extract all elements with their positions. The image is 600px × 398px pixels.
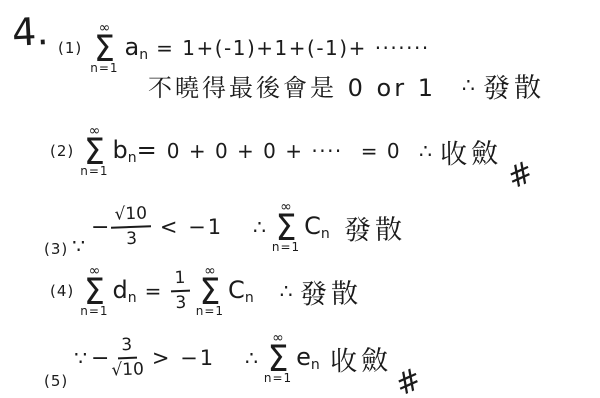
- conclusion-diverges: 發散: [482, 65, 545, 105]
- handwritten-note-page: 4. (1) ∞ Σ n=1 an = 1+(-1)+1+(-1)+ ·····…: [0, 0, 600, 398]
- summation-symbol: ∞ Σ n=1: [272, 202, 300, 252]
- item-label-2: (2): [50, 142, 74, 160]
- series-term-e: en: [296, 345, 320, 372]
- conclusion-diverges: 發散: [343, 207, 406, 247]
- reasoning-note: 不曉得最後會是 0 or 1: [148, 68, 436, 103]
- summation-symbol: ∞ Σ n=1: [80, 126, 108, 176]
- series-result: = 0: [361, 139, 401, 163]
- term-base: b: [113, 136, 128, 164]
- conclusion-converges: 收斂: [329, 338, 392, 378]
- conclusion-converges: 收斂: [440, 131, 503, 171]
- item-label-1: (1): [58, 39, 82, 57]
- sigma-symbol: Σ: [94, 33, 115, 64]
- line-6: (5) ∵ − 3 √10 > −1 ∴ ∞ Σ n=1 en 收斂 #: [44, 326, 421, 390]
- summation-symbol: ∞ Σ n=1: [264, 333, 292, 383]
- series-expansion: 0 + 0 + 0 + ····: [167, 139, 343, 163]
- summation-symbol: ∞ Σ n=1: [196, 266, 224, 316]
- fraction-denominator: 3: [126, 228, 138, 248]
- term-base: C: [304, 212, 321, 240]
- term-subscript: n: [245, 290, 254, 306]
- item-label-4: (4): [50, 282, 74, 300]
- term-subscript: n: [139, 47, 148, 63]
- minus-sign: −: [91, 346, 109, 371]
- equals-sign: =: [145, 279, 163, 303]
- fraction-numerator: 3: [118, 337, 138, 360]
- fraction: 1 3: [170, 270, 190, 313]
- because-symbol: ∵: [72, 234, 85, 258]
- item-label-3: (3): [44, 240, 68, 258]
- fraction: 3 √10: [111, 336, 145, 379]
- line-5: (4) ∞ Σ n=1 dn = 1 3 ∞ Σ n=1 Cn ∴ 發散: [50, 260, 362, 322]
- because-symbol: ∵: [74, 346, 87, 370]
- equals-sign: =: [137, 136, 157, 164]
- sigma-symbol: Σ: [84, 136, 105, 167]
- term-subscript: n: [321, 226, 330, 242]
- therefore-symbol: ∴: [245, 346, 258, 370]
- term-subscript: n: [128, 150, 137, 166]
- sigma-symbol: Σ: [84, 276, 105, 307]
- therefore-symbol: ∴: [419, 139, 432, 163]
- line-2: 不曉得最後會是 0 or 1 ∴ 發散: [148, 62, 545, 108]
- conclusion-diverges: 發散: [300, 271, 363, 311]
- therefore-symbol: ∴: [280, 279, 293, 303]
- fraction-numerator: 1: [170, 270, 190, 293]
- term-base: a: [125, 33, 140, 61]
- summation-symbol: ∞ Σ n=1: [90, 23, 118, 73]
- series-term-c2: Cn: [228, 278, 254, 305]
- series-expansion: = 1+(-1)+1+(-1)+ ·······: [156, 36, 430, 60]
- inequality: < −1: [160, 215, 223, 239]
- series-term-a: an: [125, 35, 149, 62]
- term-subscript: n: [311, 357, 320, 373]
- summation-symbol: ∞ Σ n=1: [80, 266, 108, 316]
- item-label-5: (5): [44, 372, 68, 390]
- problem-number: 4.: [11, 9, 50, 55]
- sigma-symbol: Σ: [199, 276, 220, 307]
- term-base: C: [228, 276, 245, 304]
- fraction: √10 3: [111, 205, 153, 248]
- sigma-symbol: Σ: [276, 212, 297, 243]
- fraction-denominator: √10: [111, 358, 144, 379]
- line-4: (3) ∵ − √10 3 < −1 ∴ ∞ Σ n=1 Cn 發散: [44, 196, 406, 258]
- term-base: d: [113, 276, 128, 304]
- sigma-symbol: Σ: [268, 343, 289, 374]
- series-term-c: Cn: [304, 214, 330, 241]
- fraction-denominator: 3: [175, 292, 187, 312]
- term-base: e: [296, 343, 311, 371]
- therefore-symbol: ∴: [253, 215, 266, 239]
- series-term-b: bn=: [113, 138, 157, 165]
- therefore-symbol: ∴: [462, 73, 475, 97]
- term-subscript: n: [128, 290, 137, 306]
- series-term-d: dn: [113, 278, 137, 305]
- line-3: (2) ∞ Σ n=1 bn= 0 + 0 + 0 + ···· = 0 ∴ 收…: [50, 118, 533, 184]
- fraction-numerator: √10: [111, 205, 152, 228]
- inequality: > −1: [152, 346, 215, 370]
- end-of-answer-mark: #: [502, 154, 539, 196]
- end-of-answer-mark: #: [390, 361, 427, 398]
- minus-sign: −: [91, 215, 109, 240]
